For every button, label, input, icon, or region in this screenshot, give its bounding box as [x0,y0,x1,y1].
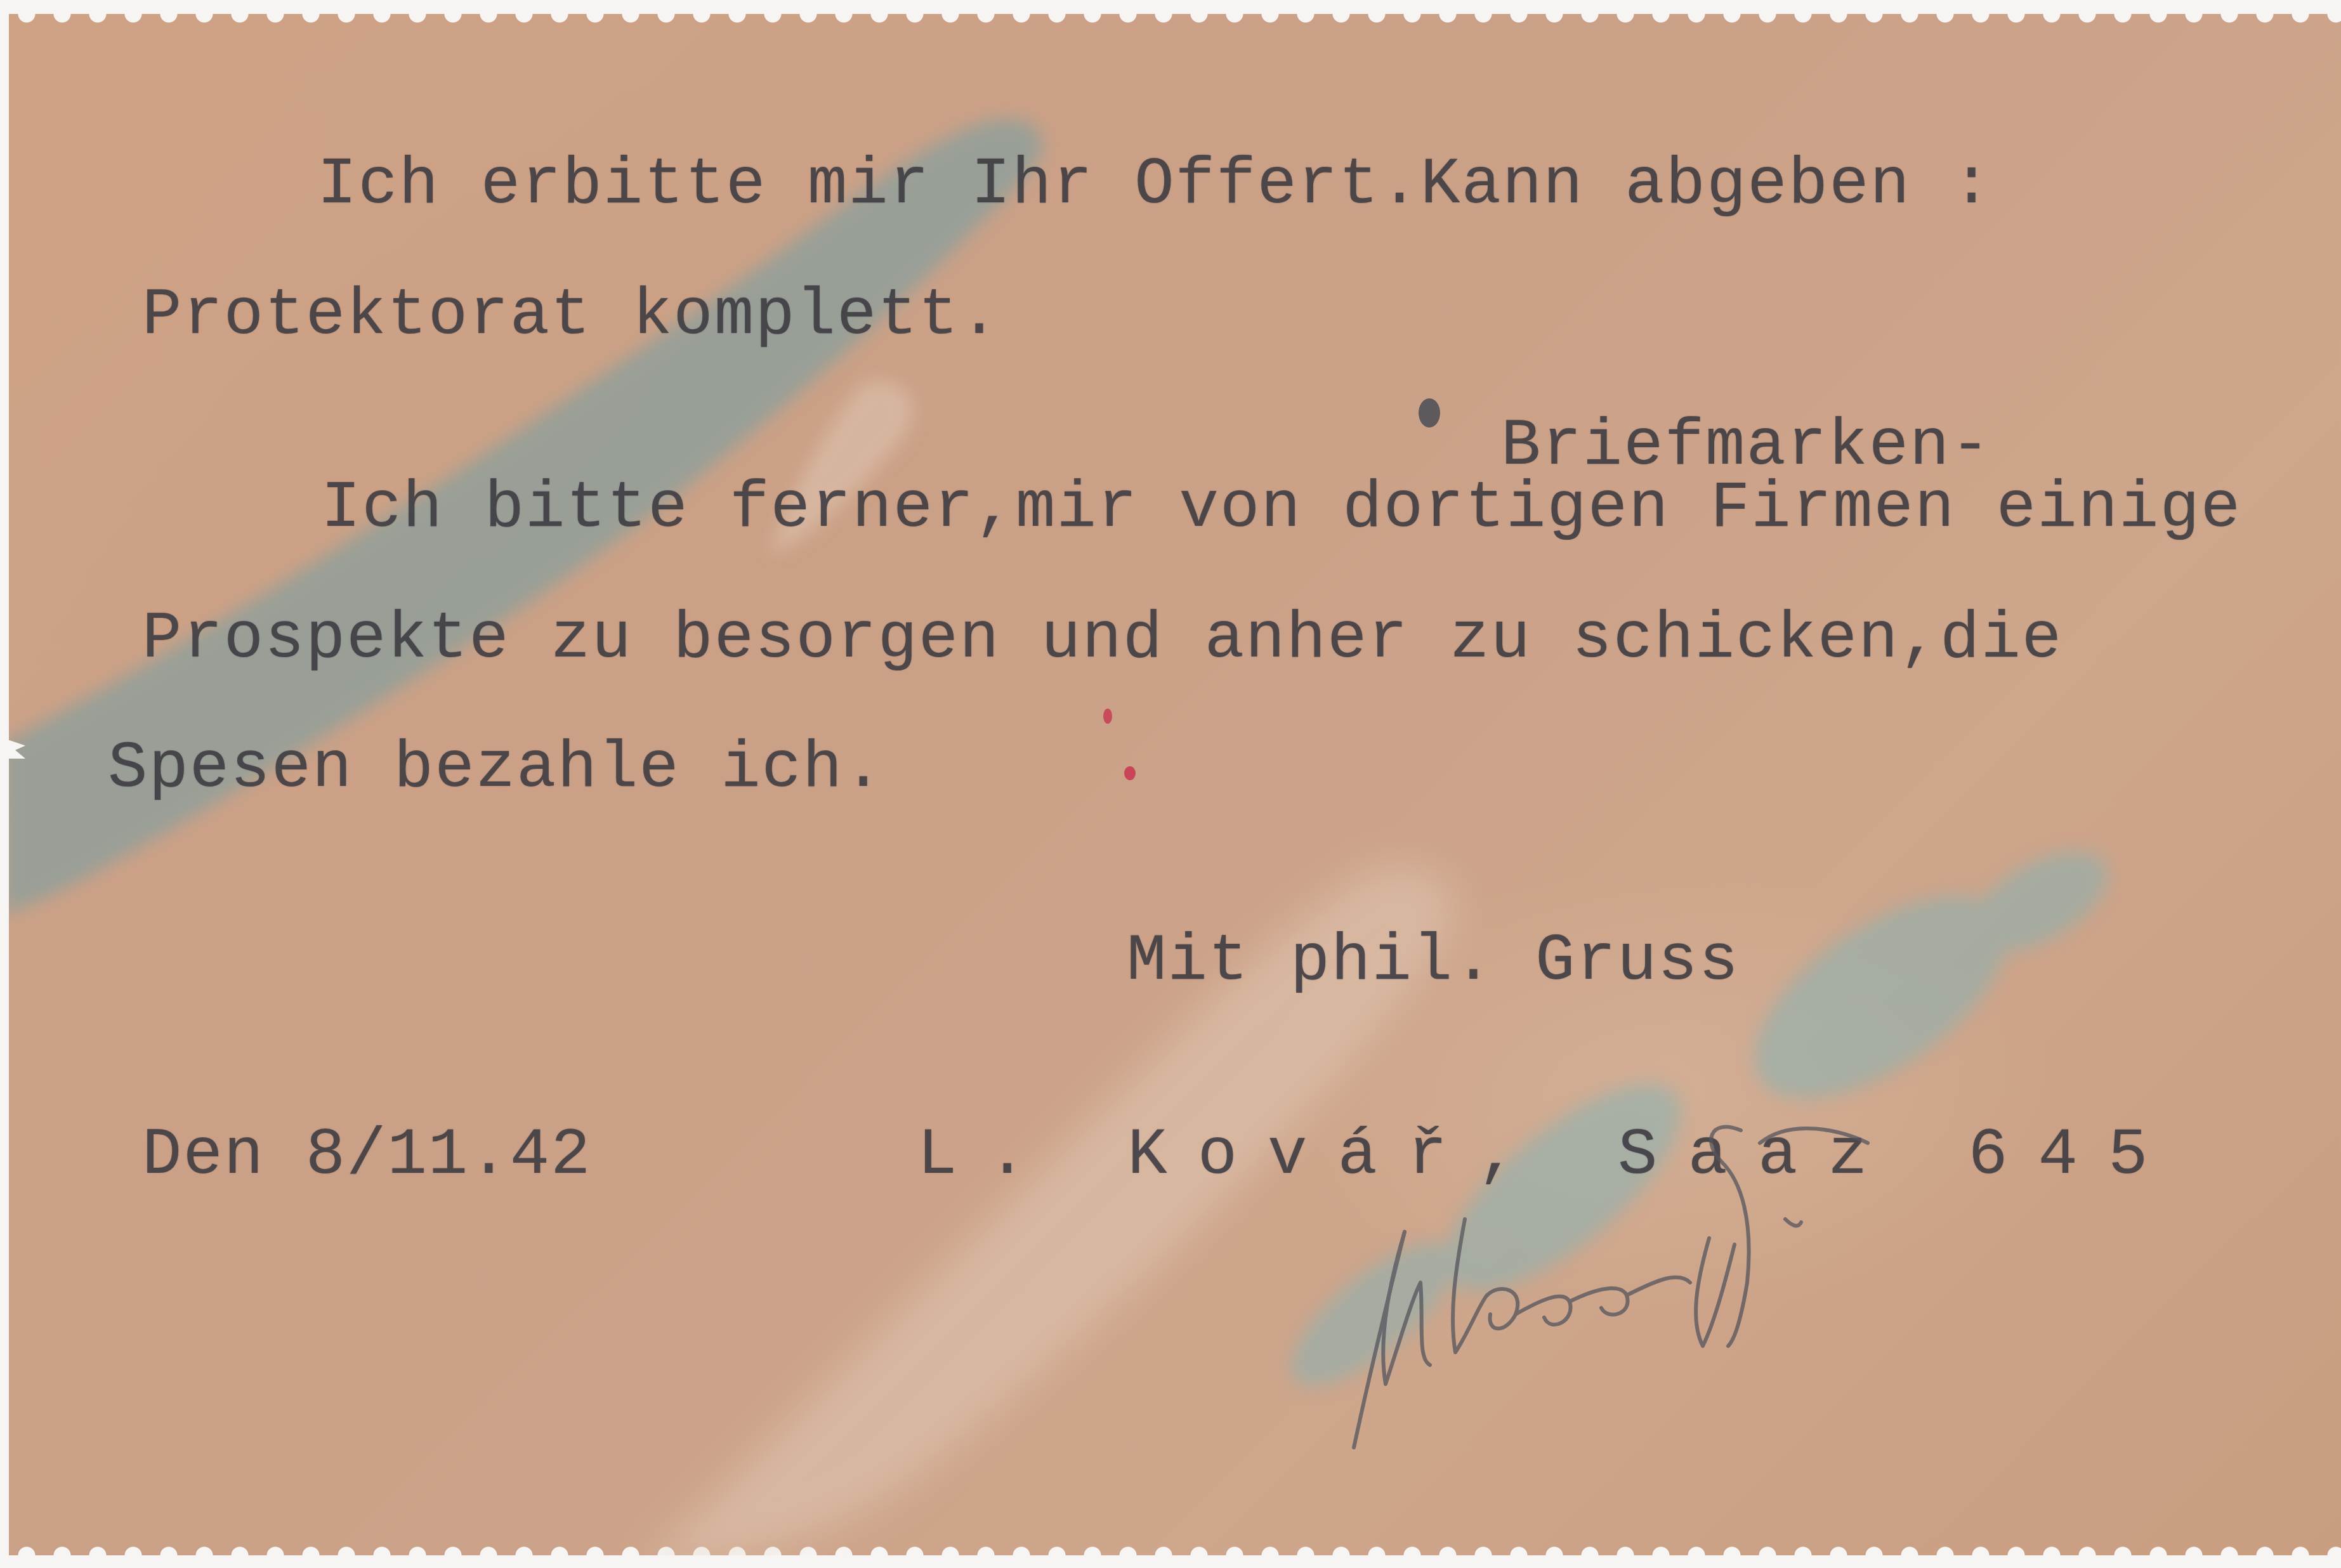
ink-dot [1419,398,1440,428]
date-text: Den 8/11.42 [142,1123,592,1189]
postcard: Ich erbitte mir Ihr Offert.Kann abgeben … [9,14,2341,1555]
red-ink-dot [1124,766,1136,780]
perforated-top-edge [9,14,2341,30]
red-ink-mark [1103,709,1112,724]
pencil-signature [1297,1092,2185,1409]
text-line-3: Ich bitte ferner,mir von dortigen Firmen… [321,476,2241,542]
text-line-1: Ich erbitte mir Ihr Offert.Kann abgeben … [317,152,1993,218]
perforated-bottom-edge [9,1539,2341,1555]
edge-tear [9,737,25,759]
text-line-5: Spesen bezahle ich. [108,736,884,802]
closing-text: Mit phil. Gruss [1127,929,1740,995]
text-line-briefmarken: Briefmarken- [1501,414,1991,480]
text-line-2: Protektorat komplett. [142,283,1000,349]
text-line-4: Prospekte zu besorgen und anher zu schic… [142,606,2062,672]
